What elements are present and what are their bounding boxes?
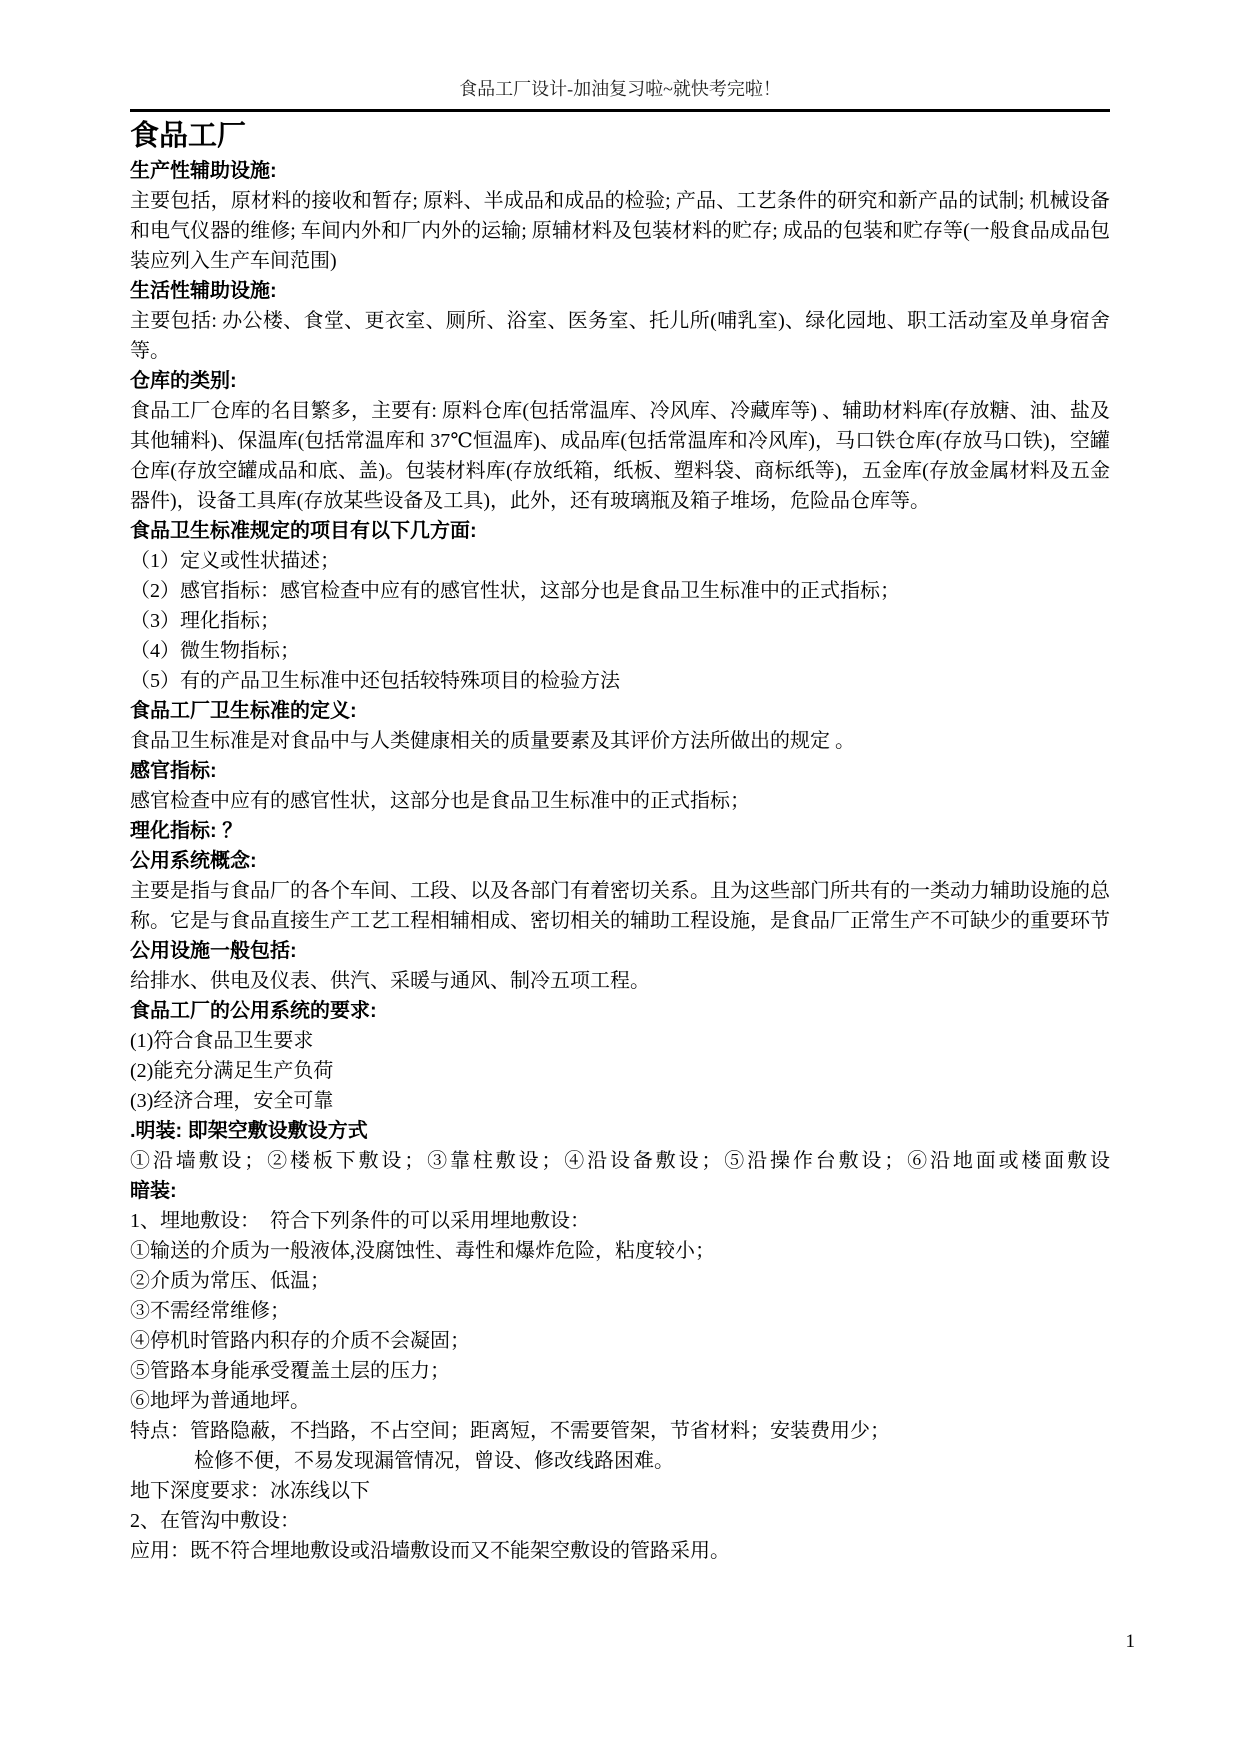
paragraph: （4）微生物指标；: [130, 636, 1110, 666]
section-heading: 生活性辅助设施:: [130, 276, 1110, 306]
section-heading: 生产性辅助设施:: [130, 156, 1110, 186]
paragraph: ⑤管路本身能承受覆盖土层的压力；: [130, 1356, 1110, 1386]
paragraph: 2、在管沟中敷设：: [130, 1506, 1110, 1536]
paragraph: ①沿墙敷设；②楼板下敷设；③靠柱敷设；④沿设备敷设；⑤沿操作台敷设；⑥沿地面或楼…: [130, 1146, 1110, 1176]
paragraph: 1、埋地敷设： 符合下列条件的可以采用埋地敷设：: [130, 1206, 1110, 1236]
paragraph: 感官检查中应有的感官性状，这部分也是食品卫生标准中的正式指标；: [130, 786, 1110, 816]
paragraph: （1）定义或性状描述；: [130, 546, 1110, 576]
document-page: 食品工厂设计-加油复习啦~就快考完啦！ 食品工厂 生产性辅助设施:主要包括，原材…: [0, 0, 1241, 1754]
paragraph: 应用：既不符合埋地敷设或沿墙敷设而又不能架空敷设的管路采用。: [130, 1536, 1110, 1566]
paragraph: 主要包括: 办公楼、食堂、更衣室、厕所、浴室、医务室、托儿所(哺乳室)、绿化园地…: [130, 306, 1110, 366]
section-heading: 暗装:: [130, 1176, 1110, 1206]
paragraph: ④停机时管路内积存的介质不会凝固；: [130, 1326, 1110, 1356]
section-heading: 感官指标:: [130, 756, 1110, 786]
paragraph: (2)能充分满足生产负荷: [130, 1056, 1110, 1086]
paragraph: ③不需经常维修；: [130, 1296, 1110, 1326]
paragraph: 主要是指与食品厂的各个车间、工段、以及各部门有着密切关系。且为这些部门所共有的一…: [130, 876, 1110, 936]
document-title: 食品工厂: [130, 117, 1110, 155]
paragraph: （3）理化指标；: [130, 606, 1110, 636]
paragraph: 地下深度要求：冰冻线以下: [130, 1476, 1110, 1506]
paragraph: (1)符合食品卫生要求: [130, 1026, 1110, 1056]
paragraph: ②介质为常压、低温；: [130, 1266, 1110, 1296]
paragraph: 特点：管路隐蔽，不挡路，不占空间；距离短，不需要管架，节省材料；安装费用少；: [130, 1416, 1110, 1446]
section-heading: 公用设施一般包括:: [130, 936, 1110, 966]
section-heading: 仓库的类别:: [130, 366, 1110, 396]
paragraph: 主要包括，原材料的接收和暂存; 原料、半成品和成品的检验; 产品、工艺条件的研究…: [130, 186, 1110, 276]
paragraph: 检修不便，不易发现漏管情况，曾设、修改线路困难。: [130, 1446, 1110, 1476]
paragraph: ⑥地坪为普通地坪。: [130, 1386, 1110, 1416]
document-body: 生产性辅助设施:主要包括，原材料的接收和暂存; 原料、半成品和成品的检验; 产品…: [130, 156, 1110, 1566]
paragraph: （5）有的产品卫生标准中还包括较特殊项目的检验方法: [130, 666, 1110, 696]
page-header: 食品工厂设计-加油复习啦~就快考完啦！: [130, 78, 1110, 112]
section-heading: 食品工厂卫生标准的定义:: [130, 696, 1110, 726]
paragraph: 给排水、供电及仪表、供汽、采暖与通风、制冷五项工程。: [130, 966, 1110, 996]
paragraph: （2）感官指标：感官检查中应有的感官性状，这部分也是食品卫生标准中的正式指标；: [130, 576, 1110, 606]
section-heading: 食品工厂的公用系统的要求:: [130, 996, 1110, 1026]
section-heading: 理化指标: ？: [130, 816, 1110, 846]
paragraph: ①输送的介质为一般液体,没腐蚀性、毒性和爆炸危险，粘度较小；: [130, 1236, 1110, 1266]
paragraph: 食品工厂仓库的名目繁多，主要有: 原料仓库(包括常温库、冷风库、冷藏库等) 、辅…: [130, 396, 1110, 516]
section-heading: .明装: 即架空敷设敷设方式: [130, 1116, 1110, 1146]
paragraph: 食品卫生标准是对食品中与人类健康相关的质量要素及其评价方法所做出的规定 。: [130, 726, 1110, 756]
paragraph: (3)经济合理，安全可靠: [130, 1086, 1110, 1116]
section-heading: 食品卫生标准规定的项目有以下几方面:: [130, 516, 1110, 546]
page-number: 1: [1126, 1630, 1136, 1654]
section-heading: 公用系统概念:: [130, 846, 1110, 876]
